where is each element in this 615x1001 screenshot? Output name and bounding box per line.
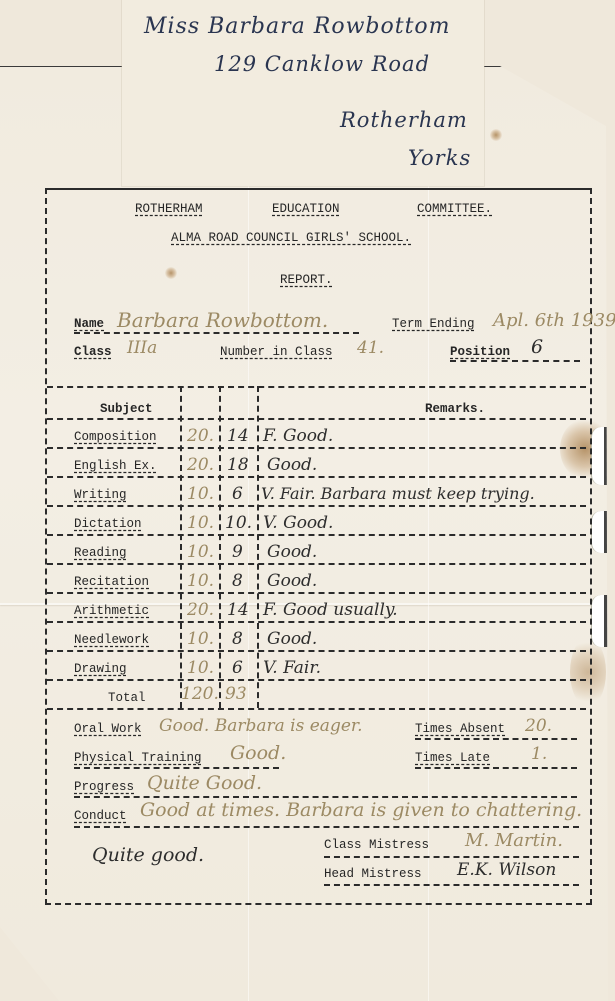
remark: Good. (267, 542, 317, 562)
remark: Good. (267, 571, 317, 591)
mark: 18 (227, 455, 249, 475)
address-line-2: 129 Canklow Road (214, 52, 430, 76)
remark: F. Good. (263, 426, 333, 446)
remark: V. Fair. (263, 658, 321, 678)
table-rule (47, 679, 586, 681)
subject-name: Arithmetic (74, 604, 149, 618)
total-label: Total (108, 691, 146, 705)
remark: V. Good. (263, 513, 333, 533)
max-mark: 10. (187, 484, 214, 504)
address-line-3: Rotherham (340, 108, 468, 132)
remark: Good. (267, 455, 317, 475)
subject-name: English Ex. (74, 459, 157, 473)
address-line-1: Miss Barbara Rowbottom (144, 14, 451, 39)
student-name: Barbara Rowbottom. (117, 308, 328, 332)
mark: 9 (232, 542, 243, 562)
max-mark: 10. (187, 571, 214, 591)
class-value: IIIa (127, 338, 157, 358)
max-mark: 20. (187, 455, 214, 475)
subject-name: Drawing (74, 662, 127, 676)
table-rule (47, 563, 586, 565)
mark: 6 (232, 658, 243, 678)
position-label: Position (450, 345, 510, 359)
subject-header: Subject (100, 402, 153, 416)
name-label: Name (74, 317, 104, 331)
max-mark: 20. (187, 600, 214, 620)
oral-work-label: Oral Work (74, 722, 142, 736)
class-mistress-signature: M. Martin. (465, 830, 563, 851)
times-late-label: Times Late (415, 751, 490, 765)
table-col-rule (257, 386, 259, 708)
table-rule (47, 534, 586, 536)
punch-hole (591, 595, 608, 647)
address-slip: Miss Barbara Rowbottom 129 Canklow Road … (122, 0, 484, 186)
address-line-4: Yorks (408, 146, 471, 170)
table-rule (47, 621, 586, 623)
conduct-label: Conduct (74, 809, 127, 823)
progress-value: Quite Good. (147, 772, 262, 794)
max-mark: 10. (187, 629, 214, 649)
remark: F. Good usually. (263, 600, 398, 620)
mark: 8 (232, 629, 243, 649)
table-rule (47, 592, 586, 594)
authority-word-2: EDUCATION (272, 202, 340, 216)
times-absent-label: Times Absent (415, 722, 505, 736)
authority-word-3: COMMITTEE. (417, 202, 492, 216)
rule (324, 884, 579, 886)
mark: 14 (227, 600, 249, 620)
number-in-class-value: 41. (357, 338, 384, 358)
number-in-class-label: Number in Class (220, 345, 333, 359)
table-col-rule (219, 386, 221, 708)
physical-training-value: Good. (230, 742, 286, 764)
punch-hole (591, 427, 608, 485)
parent-comment: Quite good. (92, 844, 204, 866)
term-ending-label: Term Ending (392, 317, 475, 331)
table-rule (47, 476, 586, 478)
class-mistress-label: Class Mistress (324, 838, 429, 852)
term-ending-value: Apl. 6th 1939. (493, 310, 615, 331)
rule (324, 856, 579, 858)
rule (74, 826, 579, 828)
table-rule (47, 708, 586, 710)
mark: 8 (232, 571, 243, 591)
physical-training-label: Physical Training (74, 751, 202, 765)
rule (415, 738, 577, 740)
conduct-value: Good at times. Barbara is given to chatt… (140, 799, 582, 821)
rule (450, 360, 580, 362)
rule (74, 332, 359, 334)
school-name: ALMA ROAD COUNCIL GIRLS' SCHOOL. (171, 231, 411, 245)
rule (74, 767, 279, 769)
table-rule (47, 650, 586, 652)
subject-name: Composition (74, 430, 157, 444)
class-label: Class (74, 345, 112, 359)
report-title: REPORT. (280, 273, 333, 287)
subject-name: Recitation (74, 575, 149, 589)
remark: Good. (267, 629, 317, 649)
max-mark: 10. (187, 542, 214, 562)
rule (415, 767, 577, 769)
table-rule (47, 418, 586, 420)
punch-hole (591, 511, 608, 553)
report-form: ROTHERHAM EDUCATION COMMITTEE. ALMA ROAD… (45, 188, 592, 905)
total-max: 120. (181, 684, 219, 704)
mark: 6 (232, 484, 243, 504)
head-mistress-label: Head Mistress (324, 867, 422, 881)
head-mistress-signature: E.K. Wilson (457, 860, 556, 880)
table-rule (47, 505, 586, 507)
times-absent-value: 20. (525, 716, 552, 736)
stain (490, 129, 502, 141)
remarks-header: Remarks. (425, 402, 485, 416)
times-late-value: 1. (531, 744, 547, 764)
progress-label: Progress (74, 780, 134, 794)
table-col-rule (180, 386, 182, 708)
subject-name: Writing (74, 488, 127, 502)
subject-name: Needlework (74, 633, 149, 647)
max-mark: 10. (187, 513, 214, 533)
remark: V. Fair. Barbara must keep trying. (261, 484, 535, 503)
table-rule (47, 386, 586, 388)
mark: 10. (225, 513, 252, 533)
total-mark: 93 (225, 684, 247, 704)
mark: 14 (227, 426, 249, 446)
subject-name: Reading (74, 546, 127, 560)
authority-word-1: ROTHERHAM (135, 202, 203, 216)
table-rule (47, 447, 586, 449)
subject-name: Dictation (74, 517, 142, 531)
rule (74, 796, 577, 798)
oral-work-value: Good. Barbara is eager. (159, 716, 363, 736)
max-mark: 20. (187, 426, 214, 446)
max-mark: 10. (187, 658, 214, 678)
position-value: 6 (531, 336, 543, 358)
